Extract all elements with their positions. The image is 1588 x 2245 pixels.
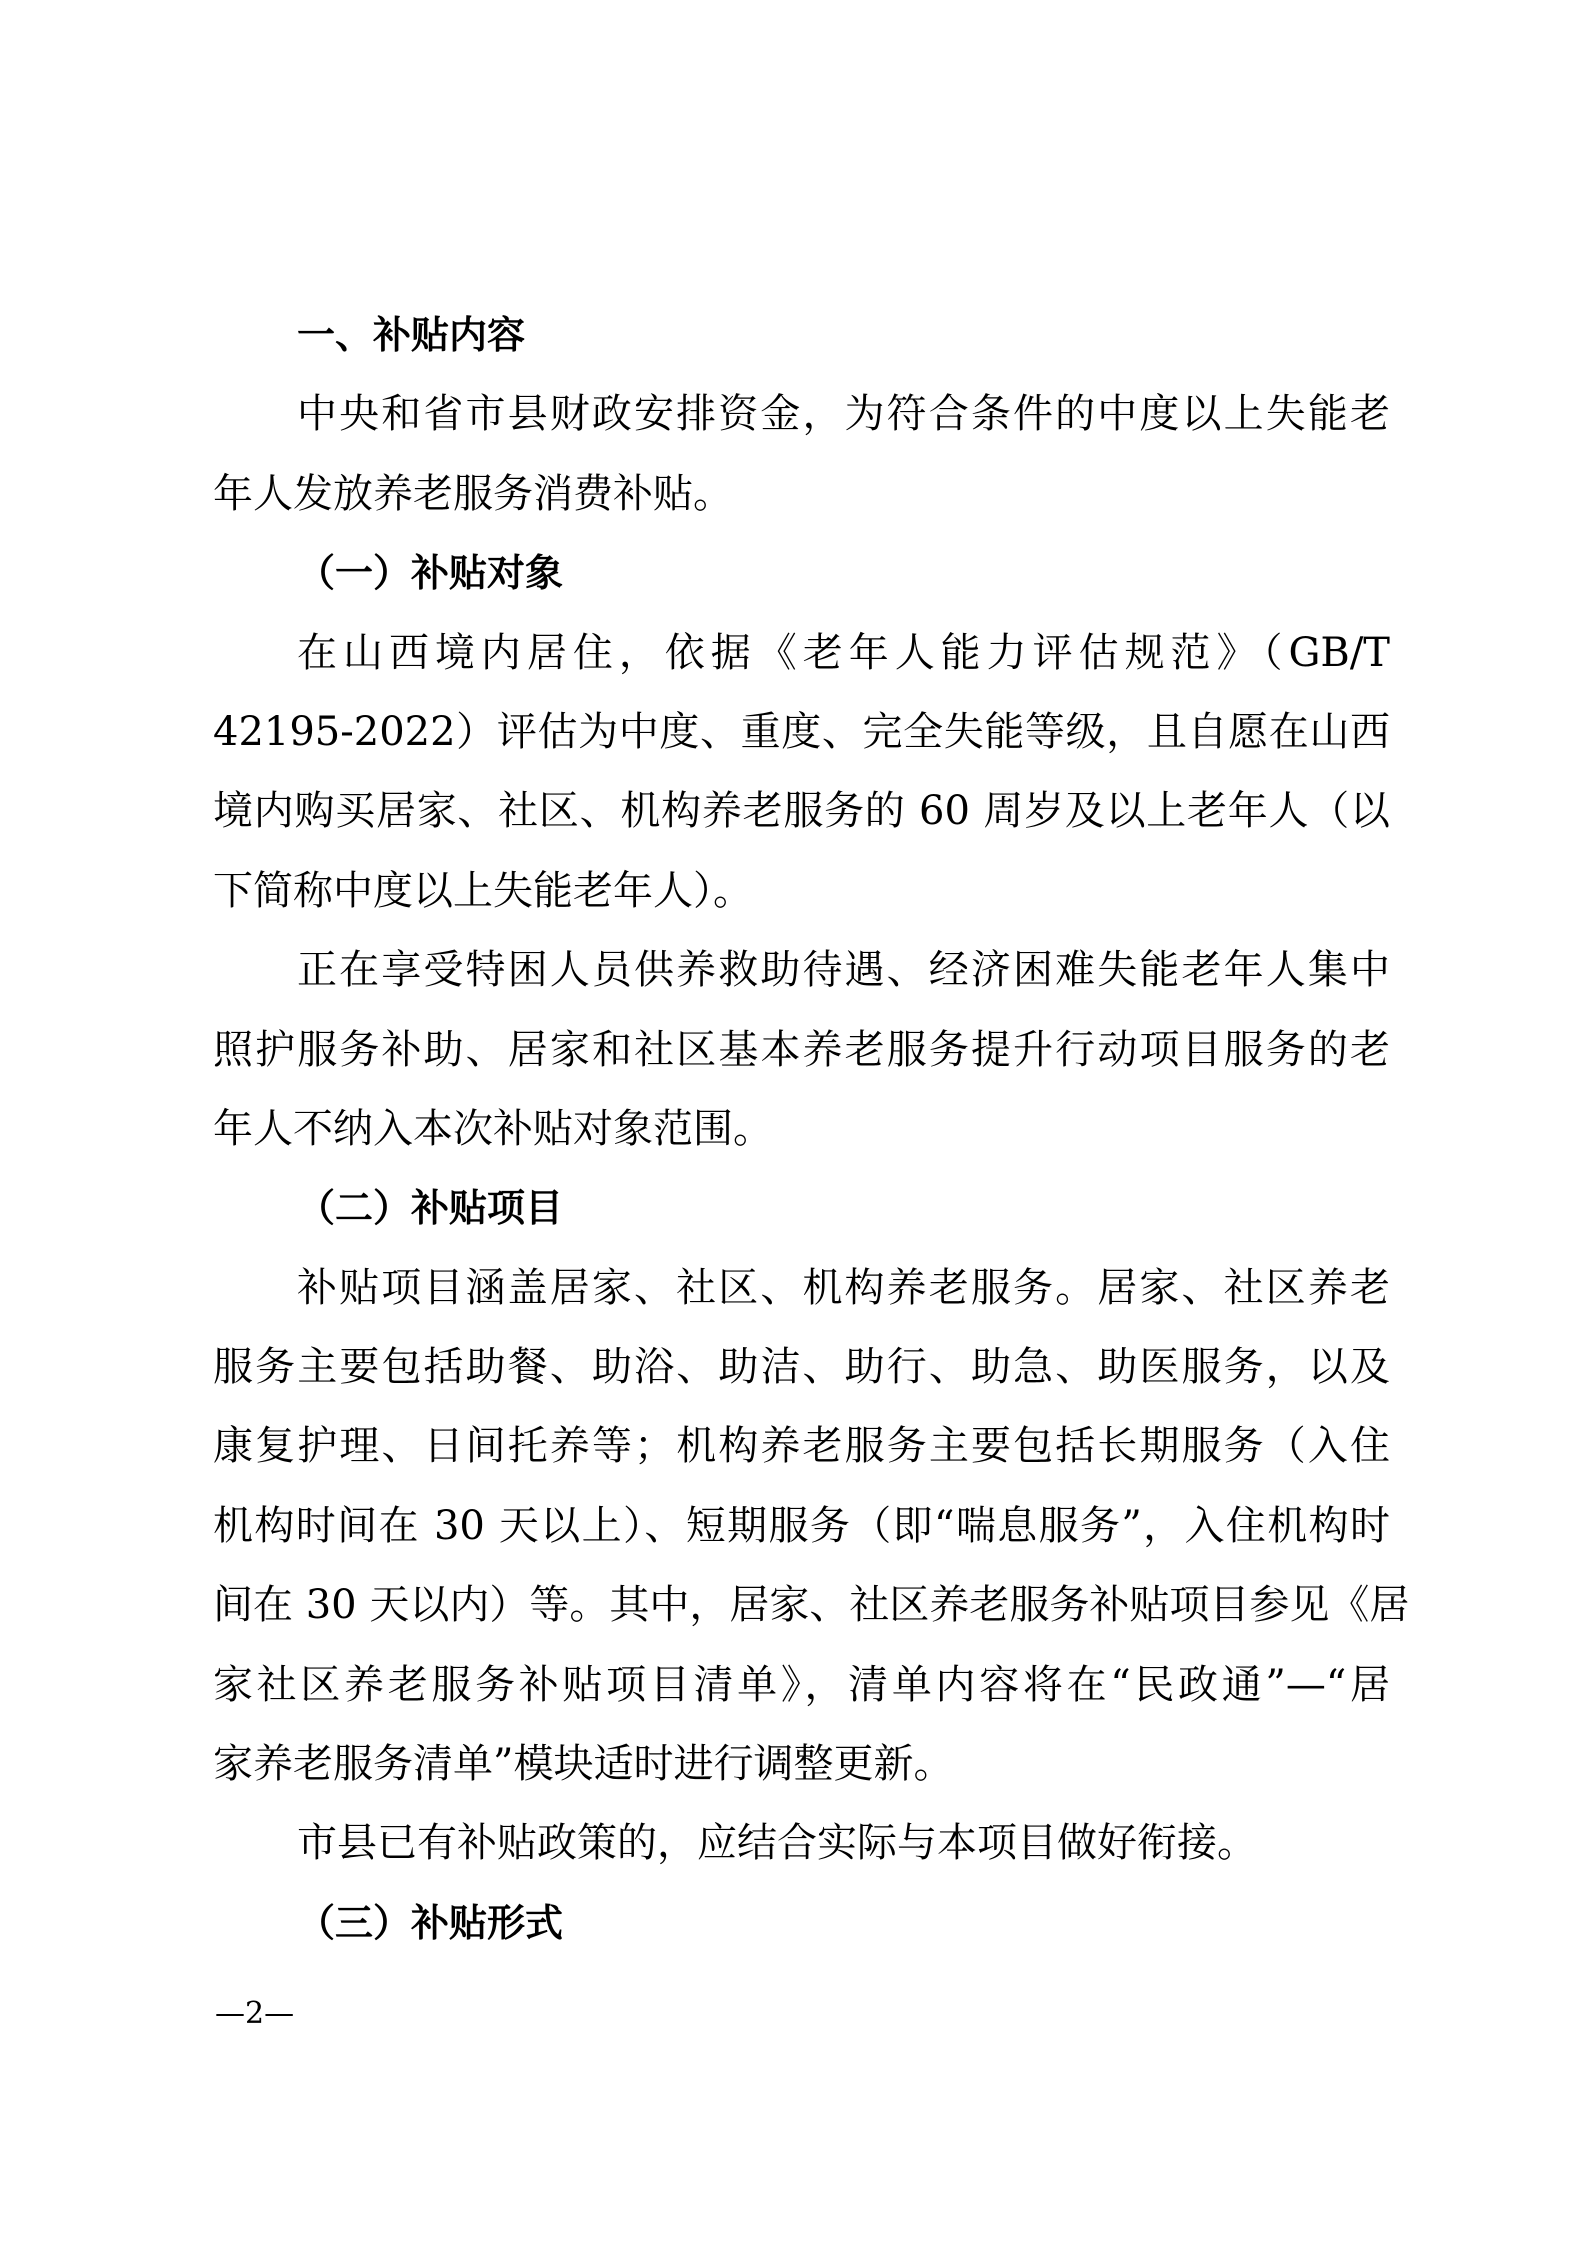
paragraph-line: 补贴项目涵盖居家、社区、机构养老服务。居家、社区养老 [213,1249,1390,1328]
paragraph-line: 在山西境内居住，依据《老年人能力评估规范》（GB/T [213,614,1390,693]
paragraph-line: 市县已有补贴政策的，应结合实际与本项目做好衔接。 [213,1804,1390,1883]
paragraph-line: 境内购买居家、社区、机构养老服务的 60 周岁及以上老年人（以 [213,772,1390,851]
document-body: 一、补贴内容 中央和省市县财政安排资金，为符合条件的中度以上失能老 年人发放养老… [213,296,1390,1963]
paragraph-line: 服务主要包括助餐、助浴、助洁、助行、助急、助医服务，以及 [213,1328,1390,1407]
page-number: —2— [215,1994,294,2034]
document-page: 一、补贴内容 中央和省市县财政安排资金，为符合条件的中度以上失能老 年人发放养老… [0,0,1588,2245]
paragraph-line: 康复护理、日间托养等；机构养老服务主要包括长期服务（入住 [213,1407,1390,1486]
paragraph-line: 家社区养老服务补贴项目清单》，清单内容将在“民政通”—“居 [213,1646,1390,1725]
paragraph-line: 家养老服务清单”模块适时进行调整更新。 [213,1725,1390,1804]
paragraph-line: 照护服务补助、居家和社区基本养老服务提升行动项目服务的老 [213,1011,1390,1090]
paragraph-line: 年人不纳入本次补贴对象范围。 [213,1090,1390,1169]
paragraph-line: 中央和省市县财政安排资金，为符合条件的中度以上失能老 [213,375,1390,454]
paragraph-line: 正在享受特困人员供养救助待遇、经济困难失能老年人集中 [213,931,1390,1010]
section-heading-subsidy-content: 一、补贴内容 [213,296,1390,375]
paragraph-line: 机构时间在 30 天以上）、短期服务（即“喘息服务”，入住机构时 [213,1487,1390,1566]
subsection-heading-subsidy-items: （二）补贴项目 [213,1169,1390,1248]
subsection-heading-subsidy-recipients: （一）补贴对象 [213,534,1390,613]
paragraph-line: 42195-2022）评估为中度、重度、完全失能等级，且自愿在山西 [213,693,1390,772]
paragraph-line: 间在 30 天以内）等。其中，居家、社区养老服务补贴项目参见《居 [213,1566,1390,1645]
paragraph-line: 下简称中度以上失能老年人）。 [213,852,1390,931]
paragraph-line: 年人发放养老服务消费补贴。 [213,455,1390,534]
subsection-heading-subsidy-form: （三）补贴形式 [213,1884,1390,1963]
